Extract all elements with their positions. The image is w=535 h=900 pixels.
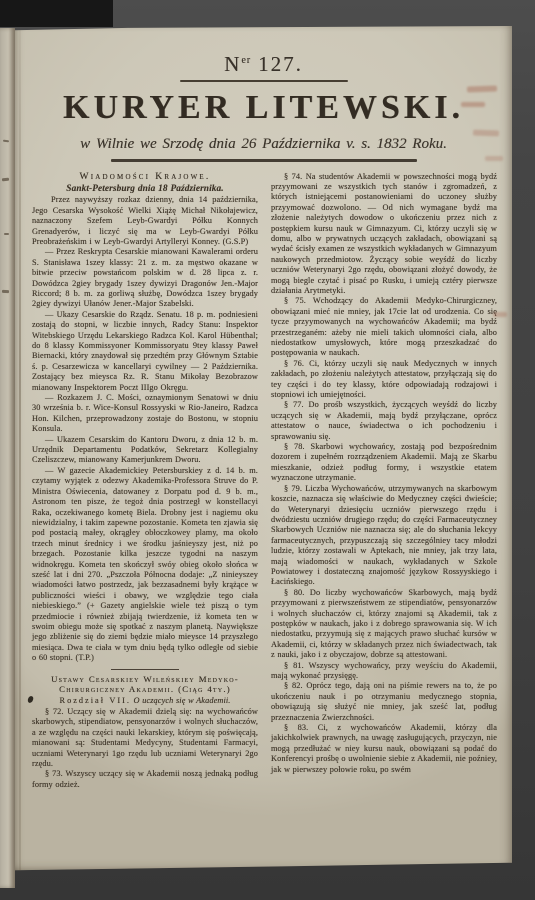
ink-bleed-mark: [473, 130, 499, 137]
masthead: Ner127. KURYER LITEWSKI. w Wilnie we Srz…: [15, 26, 512, 162]
statute-paragraph: § 78. Skarbowi wychowańcy, zostają pod b…: [271, 442, 497, 484]
newspaper-title: KURYER LITEWSKI.: [15, 89, 512, 127]
news-paragraph: Przez naywyższy rozkaz dzienny, dnia 14 …: [32, 195, 258, 247]
news-paragraph: — Ukazem Cesarskim do Kantoru Dworu, z d…: [32, 435, 258, 466]
adjacent-page-edge: [0, 28, 15, 888]
statute-paragraph: § 74. Na studentów Akademii w powszechno…: [271, 172, 497, 297]
article-dateline: Sankt-Petersburg dnia 18 Października.: [32, 184, 258, 194]
statute-paragraph: § 73. Wszyscy uczący się w Akademii nosz…: [32, 769, 258, 790]
news-paragraph: — Ukazy Cesarskie do Rządz. Senatu. 18 p…: [32, 310, 258, 393]
adjacent-page-fragment: [2, 178, 9, 182]
statute-paragraph: § 82. Oprócz tego, dają oni na piśmie re…: [271, 681, 497, 723]
chapter-label: Rozdział VII.: [60, 696, 131, 705]
adjacent-page-fragment: [4, 233, 9, 235]
statute-paragraph: § 75. Wchodzący do Akademii Medyko-Chiru…: [271, 296, 497, 358]
issue-no: 127.: [258, 52, 303, 76]
adjacent-page-fragment: [2, 290, 9, 293]
statute-paragraph: § 79. Liczba Wychowańców, utrzymywanych …: [271, 484, 497, 588]
adjacent-page-fragment: [3, 140, 9, 143]
fold-crease: [19, 26, 21, 872]
right-column: § 74. Na studentów Akademii w powszechno…: [271, 172, 497, 791]
ink-bleed-mark: [493, 312, 507, 317]
news-paragraph: — W gazecie Akademickiey Petersburskiey …: [32, 466, 258, 664]
ink-bleed-mark: [485, 156, 503, 161]
left-column: Wiadomości Krajowe. Sankt-Petersburg dni…: [32, 172, 258, 791]
statute-paragraph: § 72. Uczący się w Akademii dzielą się: …: [32, 707, 258, 769]
column-layout: Wiadomości Krajowe. Sankt-Petersburg dni…: [15, 162, 512, 791]
news-paragraph: — Przez Reskrypta Cesarskie mianowani Ka…: [32, 247, 258, 309]
newspaper-page: Ner127. KURYER LITEWSKI. w Wilnie we Srz…: [15, 26, 512, 872]
statute-paragraph: § 83. Ci, z wychowańców Akademii, którzy…: [271, 723, 497, 775]
news-paragraph: — Rozkazem J. C. Mości, oznaymionym Sena…: [32, 393, 258, 435]
statute-paragraph: § 81. Wszyscy wychowańcy, przy weyściu d…: [271, 661, 497, 682]
chapter-heading: Rozdział VII. O uczących się w Akademii.: [32, 696, 258, 706]
issue-number: Ner127.: [15, 52, 512, 77]
section-divider: [111, 669, 179, 671]
ink-bleed-mark: [467, 85, 497, 92]
scan-background-corner: [0, 0, 113, 27]
statute-heading: Ustawy Cesarskiey Wileńskiey Medyko-Chir…: [34, 674, 256, 694]
statute-paragraph: § 77. Do prośb wszystkich, życzących wey…: [271, 400, 497, 442]
masthead-dateline: w Wilnie we Srzodę dnia 26 Października …: [15, 136, 512, 153]
section-heading: Wiadomości Krajowe.: [32, 172, 258, 182]
chapter-title: O uczących się w Akademii.: [134, 696, 231, 705]
ink-bleed-mark: [461, 102, 485, 107]
issue-superscript: er: [241, 55, 251, 66]
statute-paragraph: § 76. Ci, którzy uczyli się nauk Medyczn…: [271, 359, 497, 401]
issue-prefix: N: [224, 52, 241, 76]
statute-paragraph: § 80. Do liczby wychowańców Skarbowych, …: [271, 588, 497, 661]
issue-divider-rule: [180, 80, 348, 82]
